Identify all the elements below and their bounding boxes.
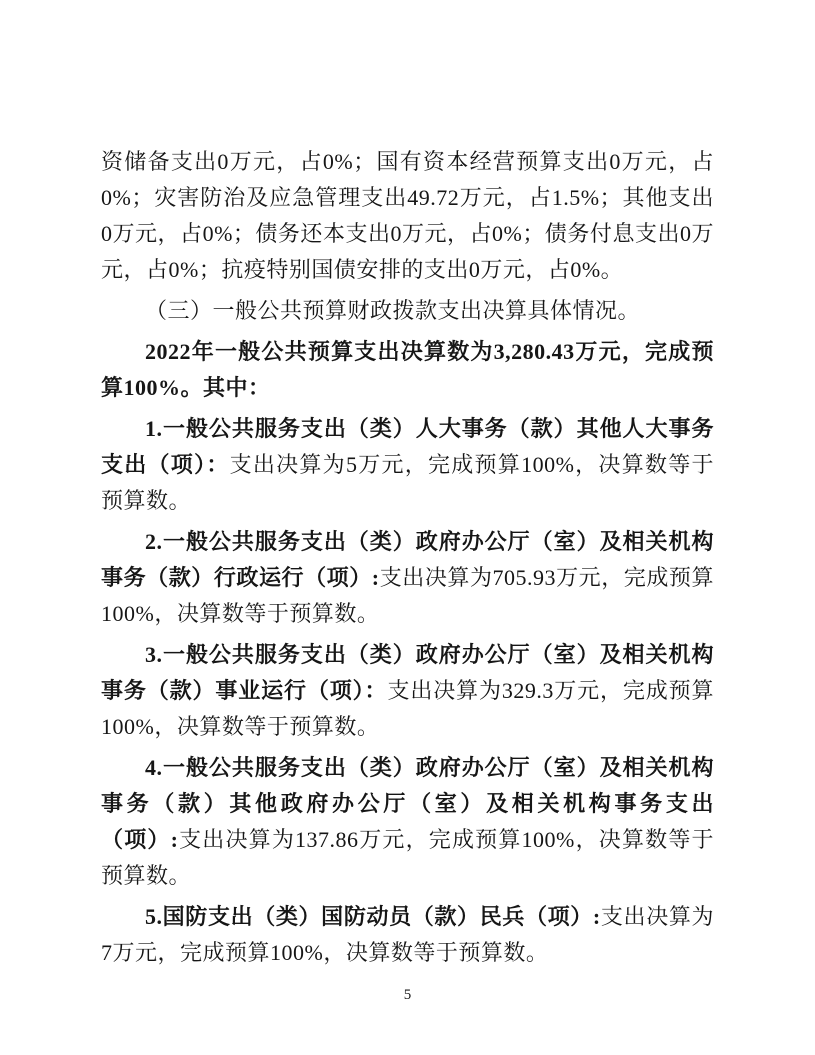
paragraph-budget-summary: 2022年一般公共预算支出决算数为3,280.43万元，完成预算100%。其中：	[101, 334, 714, 406]
paragraph-subsection-heading: （三）一般公共预算财政拨款支出决算具体情况。	[101, 293, 714, 329]
paragraph-item-2: 2.一般公共服务支出（类）政府办公厅（室）及相关机构事务（款）行政运行（项）:支…	[101, 524, 714, 632]
paragraph-expenditure-continuation: 资储备支出0万元，占0%；国有资本经营预算支出0万元，占0%；灾害防治及应急管理…	[101, 144, 714, 288]
paragraph-item-5: 5.国防支出（类）国防动员（款）民兵（项）:支出决算为7万元，完成预算100%，…	[101, 899, 714, 971]
page-number: 5	[0, 985, 815, 1005]
paragraph-item-1: 1.一般公共服务支出（类）人大事务（款）其他人大事务支出（项）：支出决算为5万元…	[101, 411, 714, 519]
document-page: 资储备支出0万元，占0%；国有资本经营预算支出0万元，占0%；灾害防治及应急管理…	[0, 0, 815, 1055]
paragraph-item-3: 3.一般公共服务支出（类）政府办公厅（室）及相关机构事务（款）事业运行（项）：支…	[101, 637, 714, 745]
item-5-title: 5.国防支出（类）国防动员（款）民兵（项）:	[145, 904, 601, 929]
item-4-detail: 支出决算为137.86万元，完成预算100%，决算数等于预算数。	[101, 827, 714, 888]
paragraph-item-4: 4.一般公共服务支出（类）政府办公厅（室）及相关机构事务（款）其他政府办公厅（室…	[101, 750, 714, 894]
document-content: 资储备支出0万元，占0%；国有资本经营预算支出0万元，占0%；灾害防治及应急管理…	[101, 144, 714, 976]
